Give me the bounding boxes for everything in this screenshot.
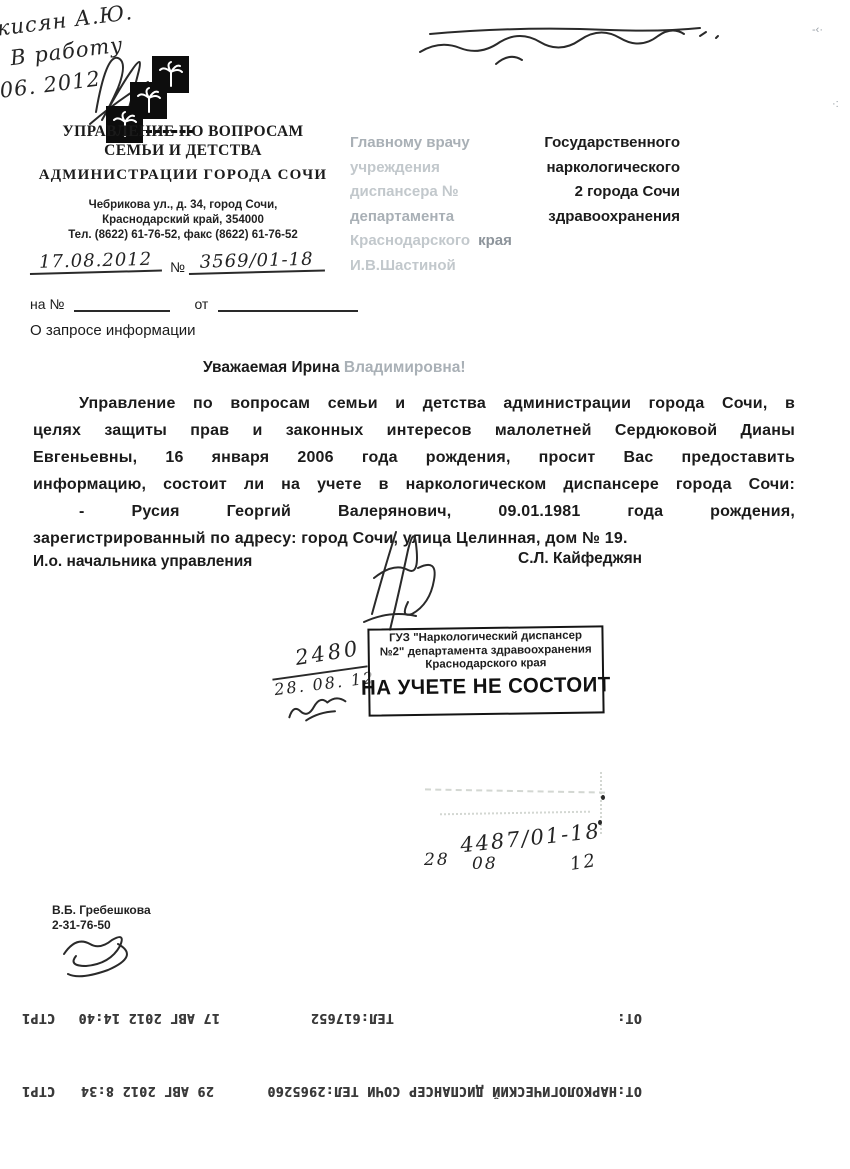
fax2-page: СТР1 [22, 1083, 55, 1098]
salutation-normal: Уважаемая Ирина [203, 359, 344, 376]
recipient-text: Государственного [544, 131, 680, 156]
recipient-text: здравоохранения [548, 205, 680, 230]
date-number-line: 17.08.2012 № 3569/01-18 [30, 252, 350, 275]
org-name-line1: УПРАВЛЕНИЕ ПО ВОПРОСАМ [18, 122, 348, 141]
executor-block: В.Б. Гребешкова 2-31-76-50 [52, 903, 151, 933]
outgoing-number-handwritten: 3569/01-18 [188, 248, 325, 275]
signer-title: И.о. начальника управления [33, 553, 252, 571]
fax2-datetime: 29 АВГ 2012 8:34 [81, 1083, 214, 1098]
recipient-text-faded: Краснодарского [350, 229, 470, 254]
recipient-text-faded: диспансера № [350, 180, 459, 205]
faint-stamp-remnant [425, 788, 605, 793]
director-signature-scribble [350, 518, 485, 636]
recipient-text: края [478, 229, 512, 254]
recipient-text-faded: департамента [350, 205, 454, 230]
scanned-letter-page: ркисян А.Ю. В работу .06. 2012 -‹· ·: УП… [0, 0, 850, 1169]
outgoing-date-handwritten: 17.08.2012 [29, 249, 162, 275]
salutation-faded: Владимировна! [344, 359, 466, 376]
org-address-line2: Краснодарский край, 354000 [18, 213, 348, 228]
body-line: целях защиты прав и законных интересов м… [33, 417, 795, 444]
recipient-name-faded: И.В.Шастиной [350, 254, 456, 279]
org-address-line1: Чебрикова ул., д. 34, город Сочи, [18, 198, 348, 213]
letterhead: УПРАВЛЕНИЕ ПО ВОПРОСАМ СЕМЬИ И ДЕТСТВА А… [18, 122, 348, 243]
response-year-handwritten: 12 [569, 850, 599, 875]
incoming-number-handwritten: 2480 [294, 636, 362, 670]
fax1-page: СТР1 [22, 1010, 55, 1025]
stamp-org-line3: Краснодарского края [425, 657, 546, 672]
executor-name: В.Б. Гребешкова [52, 903, 151, 918]
subject-line: О запросе информации [30, 322, 196, 339]
recipient-text: 2 города Сочи [575, 180, 680, 205]
stamp-result-text: НА УЧЕТЕ НЕ СОСТОИТ [361, 673, 611, 700]
ref-number-label: на № [30, 296, 64, 312]
numero-label: № [170, 259, 185, 275]
ref-number-blank [74, 296, 170, 312]
reference-line: на № от [30, 296, 370, 312]
fax-header-line-2: ОТ:НАРКОЛОГИЧЕСКИЙ ДИСПАНСЕР СОЧИ ТЕЛ:29… [20, 1076, 832, 1098]
faint-stamp-remnant [440, 811, 590, 816]
response-month-handwritten: 08 [472, 854, 498, 874]
recipient-text-faded: Главному врачу [350, 131, 470, 156]
salutation: Уважаемая Ирина Владимировна! [203, 359, 466, 377]
margin-speck: -‹· [812, 24, 823, 36]
fax-header-line-1: ОТ: ТЕЛ:617652 17 АВГ 2012 14:40 СТР1 [20, 1003, 832, 1025]
fax1-tel: ТЕЛ:617652 [311, 1010, 394, 1025]
body-line: информацию, состоит ли на учете в наркол… [33, 471, 795, 498]
fax1-datetime: 17 АВГ 2012 14:40 [78, 1010, 220, 1025]
signer-name: С.Л. Кайфеджян [518, 550, 642, 568]
org-address-line3: Тел. (8622) 61-76-52, факс (8622) 61-76-… [18, 228, 348, 243]
org-name-line3: АДМИНИСТРАЦИИ ГОРОДА СОЧИ [18, 166, 348, 185]
ref-from-label: от [194, 296, 208, 312]
recipient-text: наркологического [546, 156, 680, 181]
fax1-from: ОТ: [617, 1010, 642, 1025]
recipient-block: Главному врачуГосударственного учреждени… [350, 131, 680, 278]
crossed-out-handwriting [400, 12, 780, 70]
recipient-text-faded: учреждения [350, 156, 440, 181]
ref-from-blank [218, 296, 358, 312]
executor-signature-scribble [56, 930, 171, 978]
ink-dot [601, 795, 605, 800]
response-day-handwritten: 28 [424, 850, 450, 870]
body-line: Управление по вопросам семьи и детства а… [33, 390, 795, 417]
margin-speck: ·: [832, 98, 839, 110]
org-name-line2: СЕМЬИ И ДЕТСТВА [18, 141, 348, 160]
body-line: Евгеньевны, 16 января 2006 года рождения… [33, 444, 795, 471]
fax2-from-tel: ОТ:НАРКОЛОГИЧЕСКИЙ ДИСПАНСЕР СОЧИ ТЕЛ:29… [267, 1083, 642, 1098]
narcology-dispensary-stamp: ГУЗ "Наркологический диспансер №2" депар… [367, 625, 604, 716]
